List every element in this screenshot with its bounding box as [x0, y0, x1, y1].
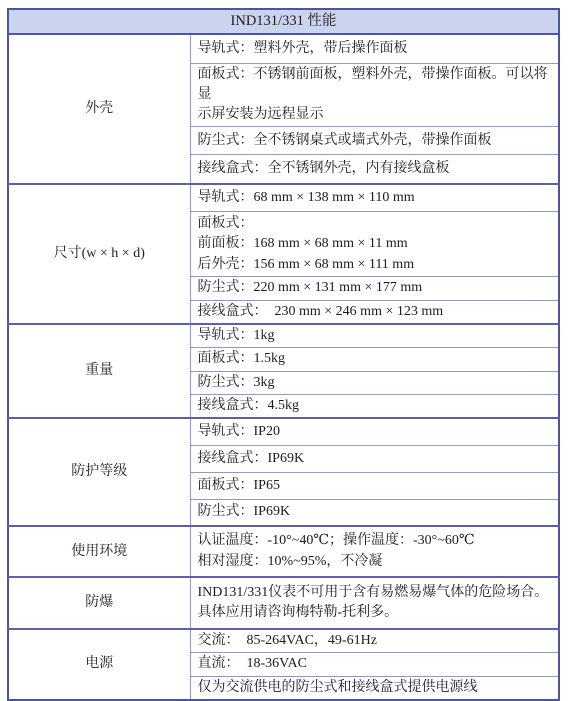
- spec-cell: 防尘式：220 mm × 131 mm × 177 mm: [190, 277, 559, 300]
- spec-cell: 面板式：IP65: [190, 472, 559, 499]
- section-label-enclosure: 外壳: [8, 34, 190, 184]
- table-header-row: IND131/331 性能: [8, 9, 559, 34]
- spec-table: IND131/331 性能 外壳 导轨式：塑料外壳，带后操作面板 面板式：不锈钢…: [7, 8, 560, 701]
- spec-cell: 接线盒式：IP69K: [190, 445, 559, 472]
- spec-cell: 面板式： 前面板：168 mm × 68 mm × 11 mm 后外壳：156 …: [190, 212, 559, 277]
- spec-cell: 接线盒式：4.5kg: [190, 394, 559, 418]
- spec-cell: 接线盒式：全不锈钢外壳，内有接线盒板: [190, 155, 559, 184]
- spec-cell: 接线盒式： 230 mm × 246 mm × 123 mm: [190, 300, 559, 324]
- spec-cell: 仅为交流供电的防尘式和接线盒式提供电源线: [190, 676, 559, 700]
- section-label-power: 电源: [8, 629, 190, 700]
- document-page: { "table": { "title": "IND131/331 性能" },…: [0, 0, 582, 670]
- spec-cell: 交流： 85-264VAC，49-61Hz: [190, 629, 559, 653]
- section-label-operating-environment: 使用环境: [8, 526, 190, 577]
- table-title: IND131/331 性能: [8, 9, 559, 34]
- spec-cell: 导轨式：68 mm × 138 mm × 110 mm: [190, 184, 559, 212]
- spec-cell: 导轨式：1kg: [190, 324, 559, 348]
- spec-cell: IND131/331仪表不可用于含有易燃易爆气体的危险场合。 具体应用请咨询梅特…: [190, 577, 559, 629]
- spec-cell: 面板式：不锈钢前面板，塑料外壳，带操作面板。可以将显 示屏安装为远程显示: [190, 63, 559, 127]
- spec-cell: 防尘式：3kg: [190, 371, 559, 394]
- spec-cell: 防尘式：IP69K: [190, 499, 559, 526]
- section-label-explosion-protection: 防爆: [8, 577, 190, 629]
- section-label-weight: 重量: [8, 324, 190, 418]
- spec-cell: 直流： 18-36VAC: [190, 653, 559, 676]
- spec-cell: 导轨式：塑料外壳，带后操作面板: [190, 34, 559, 63]
- spec-cell: 面板式：1.5kg: [190, 348, 559, 371]
- spec-cell: 导轨式：IP20: [190, 418, 559, 445]
- section-label-dimensions: 尺寸(w × h × d): [8, 184, 190, 324]
- section-label-protection-rating: 防护等级: [8, 418, 190, 526]
- spec-cell: 防尘式：全不锈钢桌式或墙式外壳，带操作面板: [190, 127, 559, 155]
- spec-cell: 认证温度：-10°~40℃；操作温度：-30°~60℃ 相对湿度：10%~95%…: [190, 526, 559, 577]
